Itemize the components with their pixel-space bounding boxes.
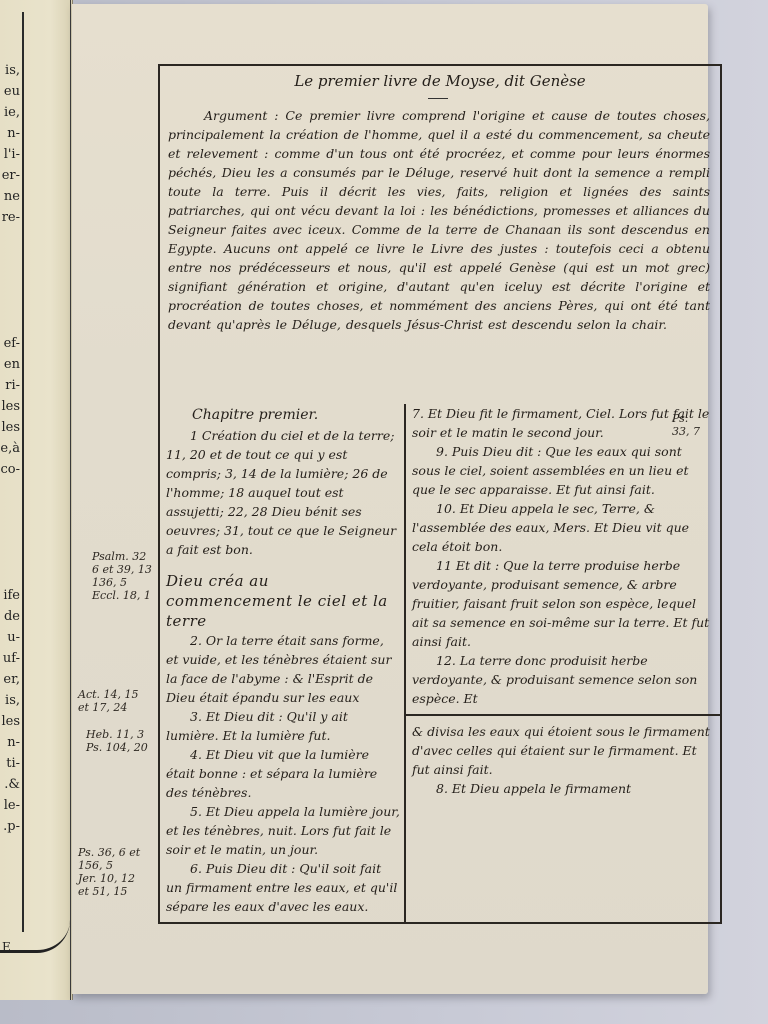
facing-text-fragment: er- xyxy=(0,165,20,186)
column-divider xyxy=(404,404,406,922)
inset-verse: 8. Et Dieu appela le firmament xyxy=(412,779,712,798)
facing-text-fragment: re- xyxy=(0,207,20,228)
page-gutter-edge xyxy=(70,0,71,1000)
margin-reference: Ps. 36, 6 et 156, 5 Jer. 10, 12 et 51, 1… xyxy=(78,846,140,898)
facing-text-fragment: n- xyxy=(0,732,20,753)
facing-text-fragment xyxy=(0,291,20,312)
facing-text-fragment: .p- xyxy=(0,816,20,837)
manuscript-page: Psalm. 32 6 et 39, 13 136, 5 Eccl. 18, 1… xyxy=(72,4,708,994)
verse-1-incipit: Dieu créa au commencement le ciel et la … xyxy=(166,571,400,631)
facing-text-fragment: eu xyxy=(0,81,20,102)
page-title: Le premier livre de Moyse, dit Genèse xyxy=(160,72,720,91)
facing-text-fragment: is, xyxy=(0,690,20,711)
inset-divider xyxy=(404,714,720,716)
facing-text-fragment: l'i- xyxy=(0,144,20,165)
facing-printed-page: is,euie,n-l'i-er-nere- ef-enri-leslese,à… xyxy=(0,0,73,1000)
margin-reference: Heb. 11, 3 Ps. 104, 20 xyxy=(86,728,148,754)
facing-text-fragment: co- xyxy=(0,459,20,480)
verse: 4. Et Dieu vit que la lumière était bonn… xyxy=(166,745,400,802)
facing-text-fragment: les xyxy=(0,417,20,438)
verse: 6. Puis Dieu dit : Qu'il soit fait un fi… xyxy=(166,859,400,916)
facing-text-fragment xyxy=(0,270,20,291)
margin-reference: Psalm. 32 6 et 39, 13 136, 5 Eccl. 18, 1 xyxy=(92,550,152,602)
facing-text-fragment: e,à xyxy=(0,438,20,459)
facing-text-fragment xyxy=(0,543,20,564)
facing-text-fragment xyxy=(0,228,20,249)
margin-reference: Act. 14, 15 et 17, 24 xyxy=(78,688,139,714)
facing-text-fragment: ri- xyxy=(0,375,20,396)
facing-text-fragment: ef- xyxy=(0,333,20,354)
facing-text-fragment: le- xyxy=(0,795,20,816)
facing-text-fragment xyxy=(0,249,20,270)
facing-text-fragment: n- xyxy=(0,123,20,144)
verse: 12. La terre donc produisit herbe verdoy… xyxy=(412,651,712,708)
chapter-summary: 1 Création du ciel et de la terre; 11, 2… xyxy=(166,426,400,559)
facing-text-fragment: uf- xyxy=(0,648,20,669)
verse: 11 Et dit : Que la terre produise herbe … xyxy=(412,556,712,651)
facing-text-fragment: .& xyxy=(0,774,20,795)
facing-text-fragment: u- xyxy=(0,627,20,648)
facing-text-fragment: les xyxy=(0,396,20,417)
chapter-title: Chapitre premier. xyxy=(166,404,400,426)
facing-text-fragment: ne xyxy=(0,186,20,207)
verse: 10. Et Dieu appela le sec, Terre, & l'as… xyxy=(412,499,712,556)
facing-text-fragment: is, xyxy=(0,60,20,81)
facing-text-fragment: les xyxy=(0,711,20,732)
facing-text-fragment xyxy=(0,480,20,501)
facing-text-fragment xyxy=(0,522,20,543)
facing-text-fragment: ie, xyxy=(0,102,20,123)
facing-text-fragment xyxy=(0,501,20,522)
verse: 7. Et Dieu fit le firmament, Ciel. Lors … xyxy=(412,404,712,442)
facing-text-column: is,euie,n-l'i-er-nere- ef-enri-leslese,à… xyxy=(0,60,20,837)
facing-text-fragment: en xyxy=(0,354,20,375)
facing-text-fragment: de xyxy=(0,606,20,627)
facing-text-fragment: er, xyxy=(0,669,20,690)
facing-text-fragment: ife xyxy=(0,585,20,606)
left-column: Chapitre premier. 1 Création du ciel et … xyxy=(166,404,400,916)
footer-catchword: E xyxy=(2,940,11,954)
facing-text-fragment xyxy=(0,312,20,333)
facing-text-fragment: ti- xyxy=(0,753,20,774)
verse: 2. Or la terre était sans forme, et vuid… xyxy=(166,631,400,707)
facing-text-fragment xyxy=(0,564,20,585)
right-column: 7. Et Dieu fit le firmament, Ciel. Lors … xyxy=(412,404,712,798)
text-frame: Le premier livre de Moyse, dit Genèse Ar… xyxy=(158,64,722,924)
verse: 3. Et Dieu dit : Qu'il y ait lumière. Et… xyxy=(166,707,400,745)
inset-verse: & divisa les eaux qui étoient sous le fi… xyxy=(412,722,712,779)
verse: 5. Et Dieu appela la lumière jour, et le… xyxy=(166,802,400,859)
page-rule xyxy=(22,12,24,932)
argument-paragraph: Argument : Ce premier livre comprend l'o… xyxy=(168,106,710,334)
title-underline xyxy=(428,98,448,99)
verse: 9. Puis Dieu dit : Que les eaux qui sont… xyxy=(412,442,712,499)
